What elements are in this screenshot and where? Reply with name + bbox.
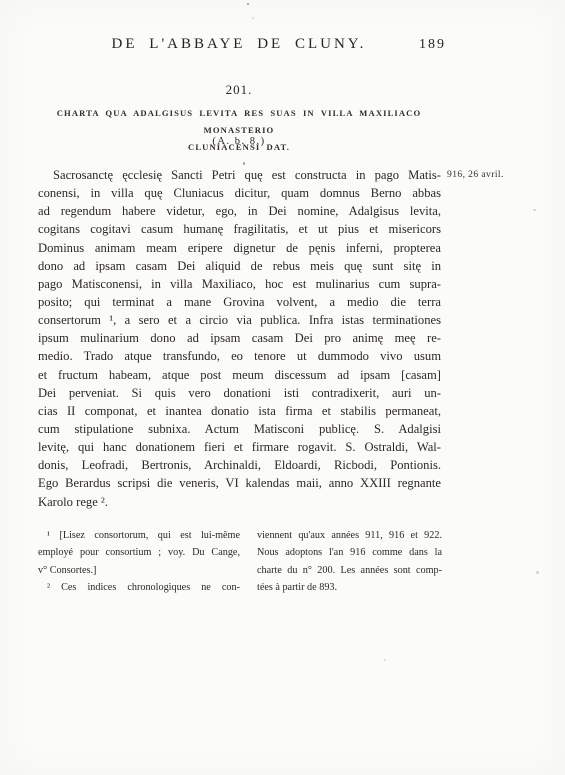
footnote-line: ² Ces indices chronologiques ne con- [38,579,240,596]
footnote-line: charte du n° 200. Les années sont comp- [257,562,442,579]
body-line: donis, Leofradi, Bertronis, Archinaldi, … [38,456,441,474]
charter-number: 201. [38,82,440,98]
scan-speck [536,571,539,574]
footnote-line: Nous adoptons l'an 916 comme dans la [257,544,442,561]
scanned-book-page: DE L'ABBAYE DE CLUNY. 189 201. CHARTA QU… [0,0,565,775]
scan-speck [243,162,245,165]
body-line: Sacrosanctę ęcclesię Sancti Petri quę es… [38,166,441,184]
charter-title-line-1: CHARTA QUA ADALGISUS LEVITA RES SUAS IN … [20,105,458,139]
body-line: Ego Berardus scripsi die veneris, VI kal… [38,474,441,492]
body-line: levitę, qui hanc donationem fieri et fir… [38,438,441,456]
footnote-column-left: ¹ [Lisez consortorum, qui est lui-même e… [38,527,240,596]
footnote-line: viennent qu'aux années 911, 916 et 922. [257,527,442,544]
body-line: posito; qui terminat a mane Grovina volv… [38,293,441,311]
footnote-line: employé pour consortium ; voy. Du Cange, [38,544,240,561]
scan-speck [252,17,254,19]
body-line: consertorum ¹, a sero et a circio via pu… [38,311,441,329]
charter-title: CHARTA QUA ADALGISUS LEVITA RES SUAS IN … [20,105,458,156]
body-line: medio. Trado atque transfundo, eo tenore… [38,347,441,365]
body-line: Dei perveniat. Si quis vero donationi is… [38,384,441,402]
body-line: conensi, in villa quę Cluniacus dicitur,… [38,184,441,202]
footnote-line: ¹ [Lisez consortorum, qui est lui-même [38,527,240,544]
body-line: pago Matisconensi, in villa Maxiliaco, h… [38,275,441,293]
body-line: cogitans cogitavi casum humanę fragilita… [38,220,441,238]
footnote-column-right: viennent qu'aux années 911, 916 et 922. … [257,527,442,596]
running-title: DE L'ABBAYE DE CLUNY. [38,36,440,53]
body-line: cias II componat, et inantea donatio ist… [38,402,441,420]
body-line: dono ad ipsam casam Dei aliquid de rebus… [38,257,441,275]
body-line: Karolo rege ². [38,493,441,511]
footnote-line: v° Consortes.] [38,562,240,579]
scan-speck [247,3,249,5]
page-number: 189 [419,37,446,53]
body-line: ipsum mulinarium dono ad ipsam casam Dei… [38,329,441,347]
footnotes: ¹ [Lisez consortorum, qui est lui-même e… [38,527,442,596]
body-line: Dominus animam meam eripere dignetur de … [38,239,441,257]
margin-date-note: 916, 26 avril. [447,169,537,180]
shelfmark: (A. b. 8.) [38,136,440,147]
footnote-line: tées à partir de 893. [257,579,442,596]
body-line: cum stipulatione subnixa. Actum Matiscon… [38,420,441,438]
scan-speck [384,659,386,661]
charter-body: Sacrosanctę ęcclesię Sancti Petri quę es… [38,166,441,511]
scan-speck [533,209,536,211]
body-line: ad regendum habere videtur, ego, in Dei … [38,202,441,220]
body-line: et fructum habeam, atque post meum disce… [38,366,441,384]
